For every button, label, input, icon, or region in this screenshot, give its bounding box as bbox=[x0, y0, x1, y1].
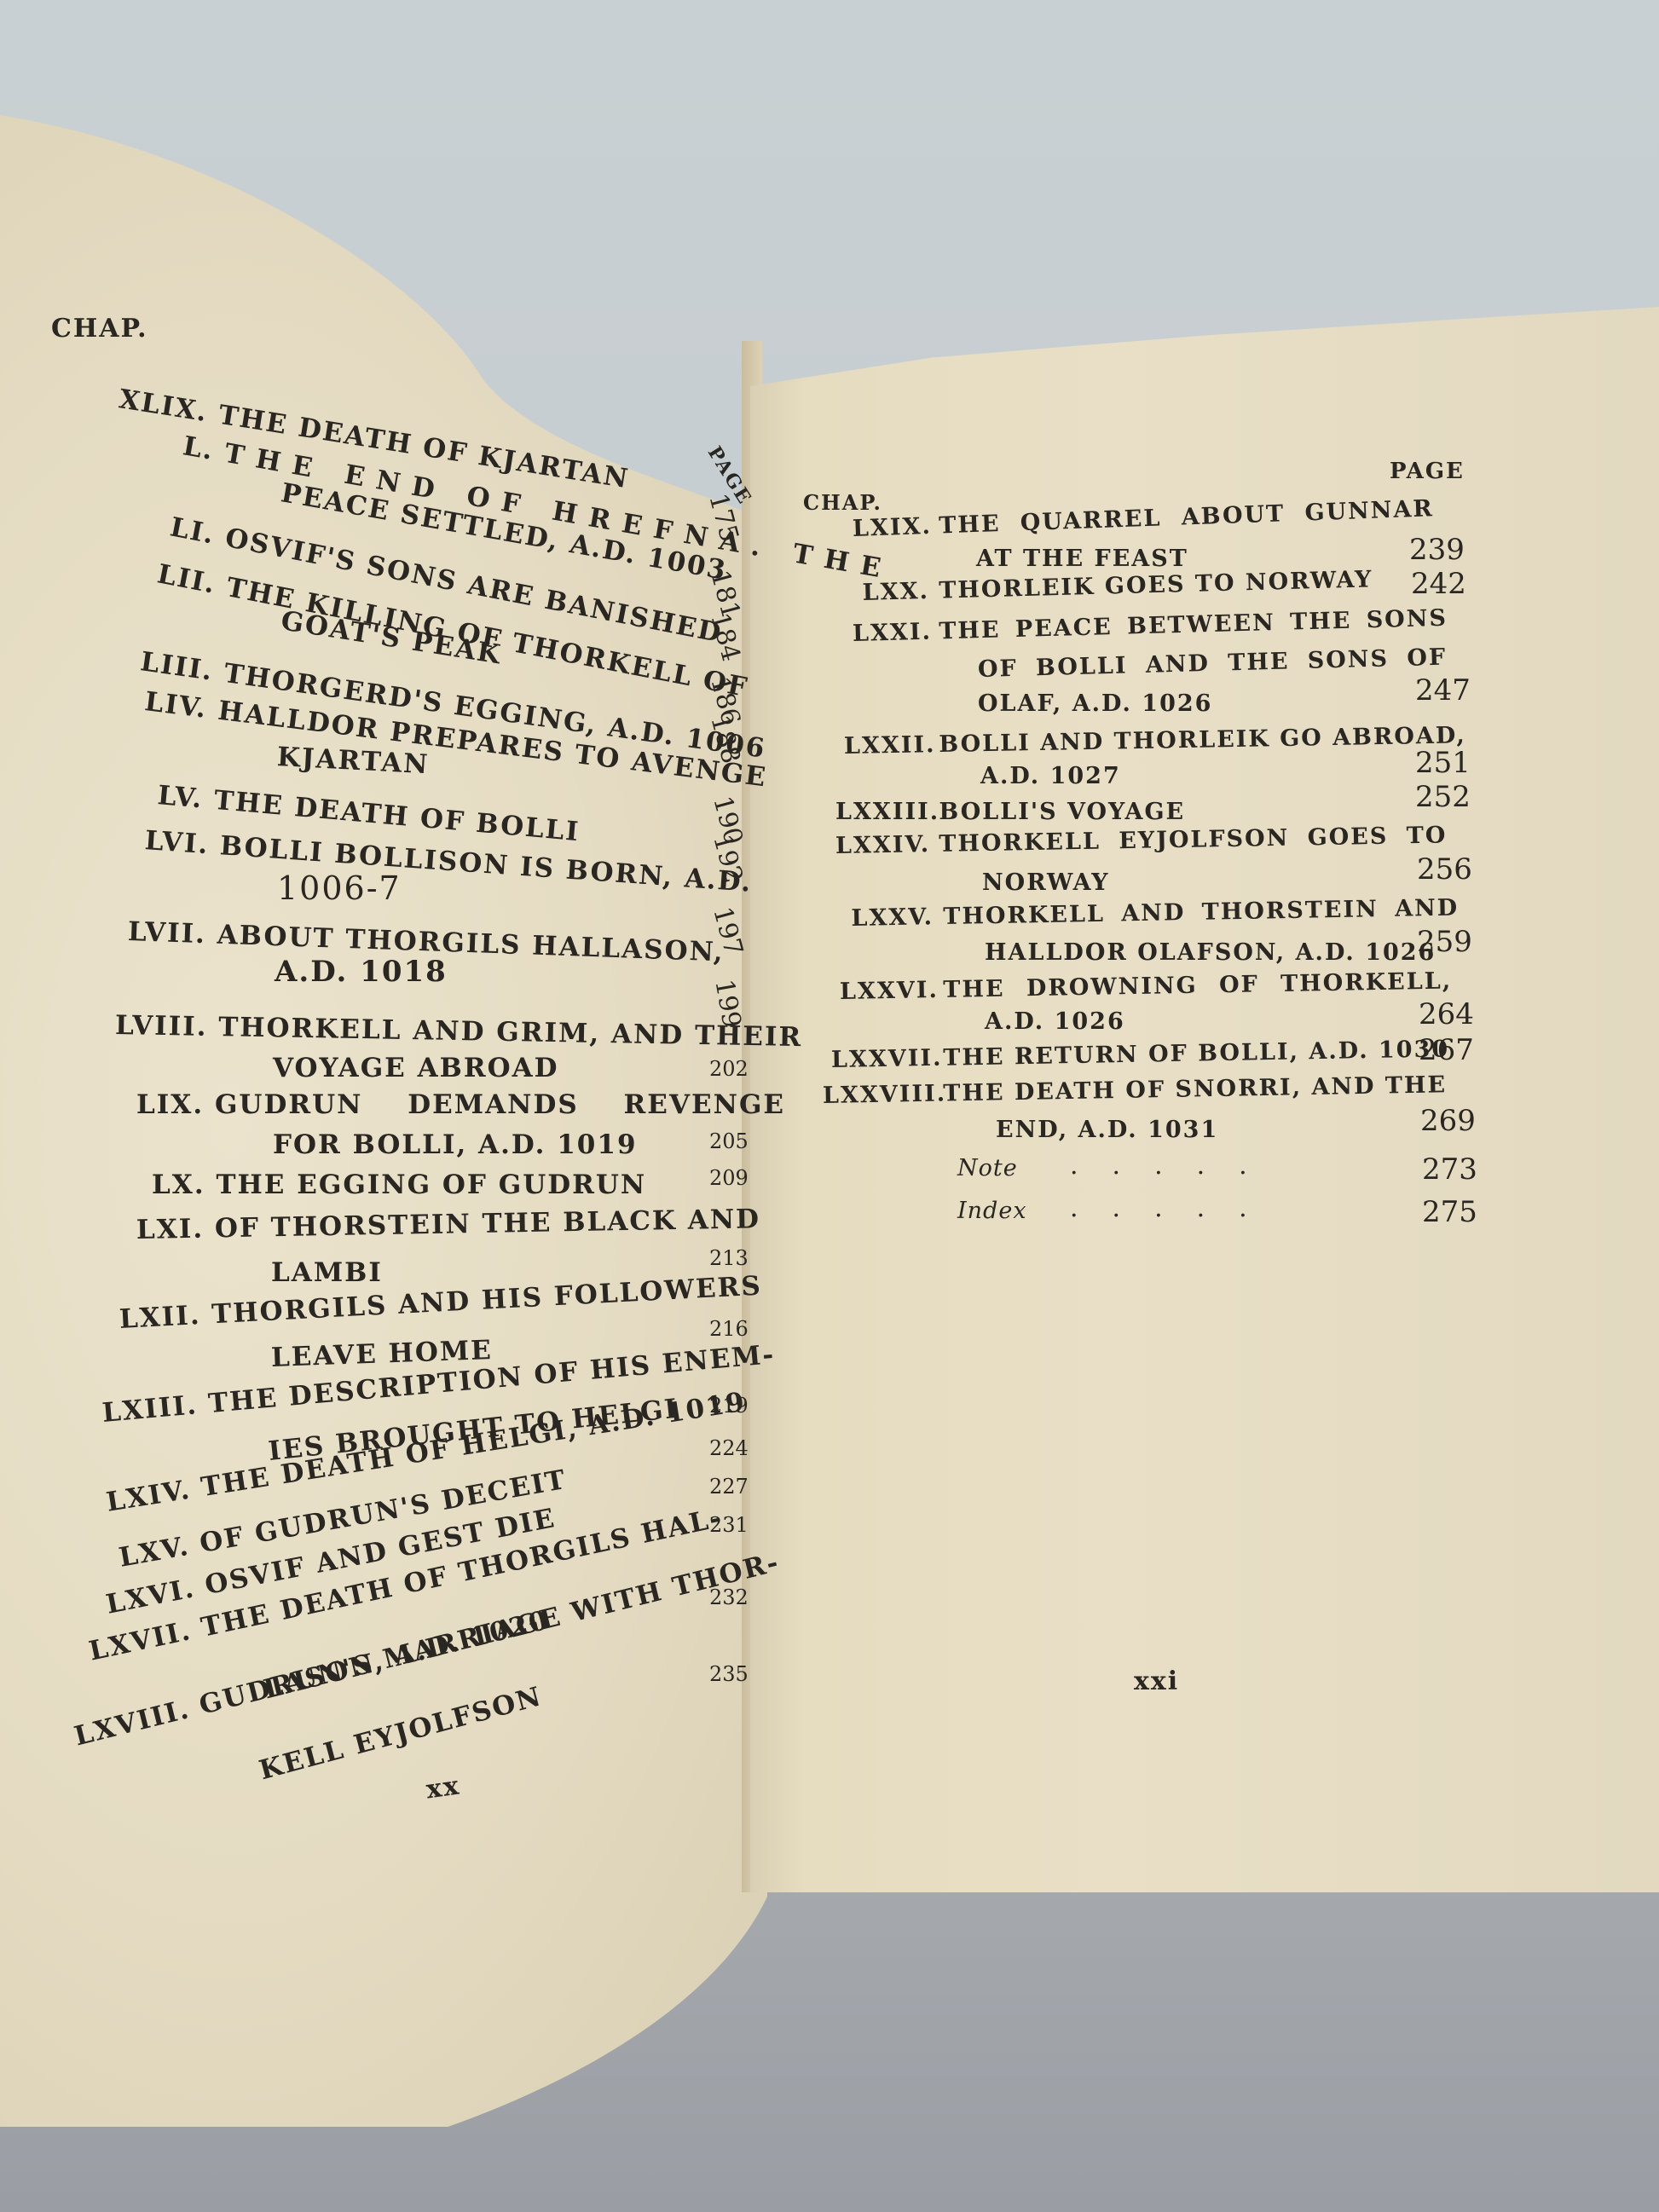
chapter-title-cont: A.D. 1018 bbox=[275, 955, 448, 989]
page-number: 209 bbox=[709, 1166, 749, 1190]
right-page-label: PAGE bbox=[1390, 459, 1465, 484]
page-number: 216 bbox=[709, 1317, 749, 1341]
chapter-number: L. bbox=[181, 430, 217, 466]
chapter-number: LXX. bbox=[861, 578, 930, 606]
chapter-number: LXI. bbox=[136, 1214, 205, 1245]
toc-entry: LXXIII. BOLLI'S VOYAGE bbox=[835, 799, 1185, 825]
chapter-number: LXIX. bbox=[852, 513, 929, 542]
chapter-number: LVI. bbox=[144, 825, 211, 860]
page-number: 205 bbox=[709, 1129, 749, 1153]
chapter-title-cont: FOR BOLLI, A.D. 1019 bbox=[273, 1129, 638, 1160]
page-number: 256 bbox=[1417, 852, 1472, 887]
chapter-title-cont: LAMBI bbox=[271, 1257, 383, 1288]
page-number: 252 bbox=[1415, 780, 1471, 814]
page-number: 269 bbox=[1420, 1104, 1476, 1138]
chapter-title-cont: OLAF, A.D. 1026 bbox=[978, 690, 1212, 717]
chapter-number: LXXII. bbox=[844, 731, 930, 759]
chapter-title: GUDRUN DEMANDS REVENGE bbox=[215, 1089, 785, 1120]
chapter-number: LXXIV. bbox=[835, 831, 930, 859]
leader-dots: ..... bbox=[1070, 1193, 1281, 1223]
page-number: 275 bbox=[1422, 1195, 1477, 1229]
toc-entry: LIX. GUDRUN DEMANDS REVENGE bbox=[136, 1089, 785, 1120]
left-page bbox=[0, 115, 767, 2127]
page-number: 202 bbox=[709, 1057, 749, 1081]
note-entry: Note bbox=[957, 1155, 1018, 1181]
leader-dots: ..... bbox=[1070, 1151, 1281, 1181]
chapter-title-cont: AT THE FEAST bbox=[976, 546, 1188, 572]
chapter-number: LX. bbox=[152, 1170, 205, 1200]
page-number: 213 bbox=[709, 1246, 749, 1270]
left-folio: xx bbox=[425, 1770, 462, 1805]
chapter-title: THE EGGING OF GUDRUN bbox=[216, 1170, 646, 1200]
chapter-title-cont: A.D. 1026 bbox=[985, 1008, 1125, 1035]
page-number: 224 bbox=[709, 1436, 749, 1460]
chapter-title-cont: VOYAGE ABROAD bbox=[273, 1053, 559, 1083]
chapter-title-cont: HALLDOR OLAFSON, A.D. 1026 bbox=[985, 939, 1436, 966]
chapter-number: LXXVII. bbox=[831, 1045, 934, 1073]
page-number: 264 bbox=[1419, 997, 1474, 1031]
page-number: 251 bbox=[1415, 746, 1471, 780]
chapter-number: LIX. bbox=[136, 1089, 204, 1120]
chapter-number: LXXI. bbox=[853, 619, 930, 647]
chapter-number: LXII. bbox=[118, 1300, 201, 1335]
right-folio: xxi bbox=[1134, 1666, 1179, 1696]
page-number: 273 bbox=[1422, 1152, 1477, 1187]
page-number: 242 bbox=[1411, 567, 1466, 601]
page-number: 267 bbox=[1419, 1033, 1474, 1067]
chapter-number: LXXV. bbox=[848, 904, 934, 932]
chapter-title-cont: A.D. 1027 bbox=[980, 763, 1121, 789]
index-entry: Index bbox=[957, 1198, 1027, 1224]
chapter-title: BOLLI'S VOYAGE bbox=[939, 799, 1185, 825]
chapter-title-cont: END, A.D. 1031 bbox=[996, 1117, 1218, 1143]
chapter-number: LXXIII. bbox=[835, 799, 929, 825]
page-number: 247 bbox=[1415, 673, 1471, 707]
chapter-number: LXXVI. bbox=[840, 977, 934, 1005]
page-number: 259 bbox=[1417, 925, 1472, 959]
chapter-number: LVII. bbox=[127, 916, 206, 950]
page-number: 235 bbox=[709, 1662, 749, 1686]
left-chap-label: CHAP. bbox=[51, 314, 148, 344]
toc-entry: LX. THE EGGING OF GUDRUN bbox=[152, 1170, 646, 1200]
chapter-title-cont: 1006-7 bbox=[277, 869, 402, 907]
chapter-title-cont: NORWAY bbox=[982, 869, 1110, 896]
chapter-number: LVIII. bbox=[115, 1010, 208, 1042]
chapter-number: LXXVIII. bbox=[823, 1081, 934, 1109]
page-number: 227 bbox=[709, 1475, 749, 1499]
page-number: 239 bbox=[1409, 533, 1465, 567]
chapter-number: LV. bbox=[156, 780, 204, 815]
right-chap-label: CHAP. bbox=[803, 490, 882, 515]
